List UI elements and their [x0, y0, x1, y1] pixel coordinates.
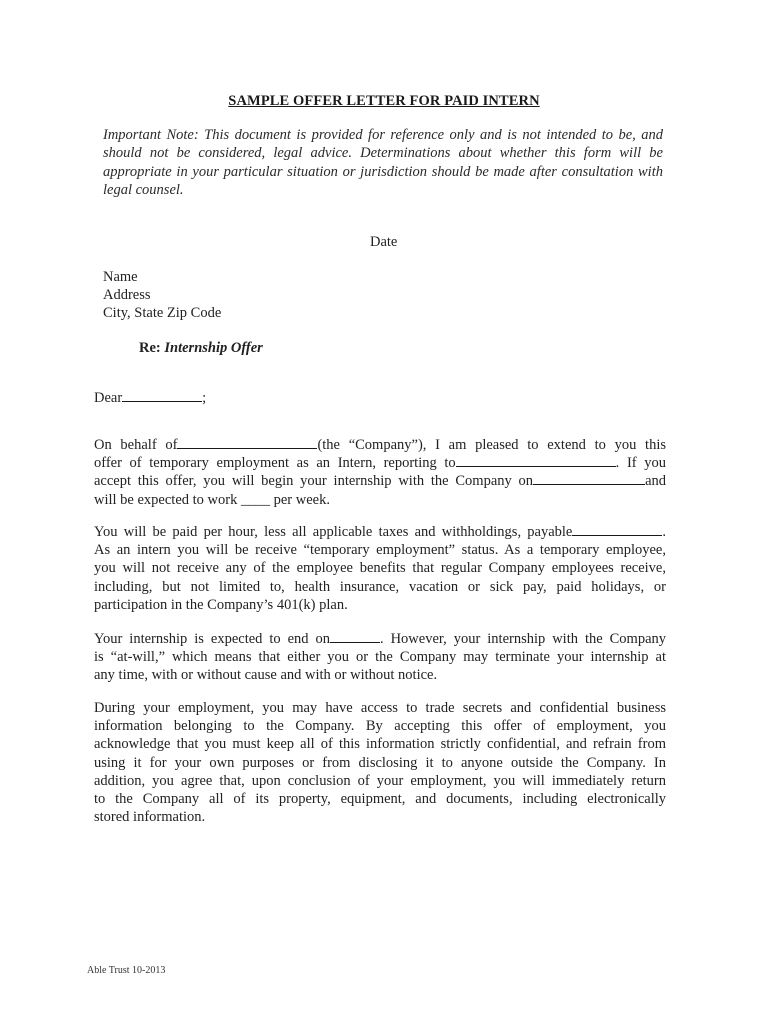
confidentiality-line-3: acknowledge that you must keep all of th… [94, 735, 666, 753]
offer-line-4: will be expected to work ____ per week. [94, 491, 666, 509]
text: . However, your internship with the Comp… [380, 631, 666, 647]
text: (the “Company”), I am pleased to extend … [317, 437, 666, 453]
confidentiality-line-2: information belonging to the Company. By… [94, 717, 666, 735]
compensation-line-5: participation in the Company’s 401(k) pl… [94, 596, 666, 614]
compensation-paragraph: You will be paid per hour, less all appl… [94, 523, 666, 614]
compensation-line-1: You will be paid per hour, less all appl… [94, 523, 666, 541]
confidentiality-paragraph: During your employment, you may have acc… [94, 699, 666, 826]
confidentiality-line-7: stored information. [94, 808, 666, 826]
salutation-suffix: ; [202, 390, 206, 406]
confidentiality-line-1: During your employment, you may have acc… [94, 699, 666, 717]
offer-line-1: On behalf of(the “Company”), I am please… [94, 436, 666, 454]
term-line-1: Your internship is expected to end on. H… [94, 630, 666, 648]
term-paragraph: Your internship is expected to end on. H… [94, 630, 666, 685]
subject-line: Re: Internship Offer [139, 340, 263, 357]
document-page: SAMPLE OFFER LETTER FOR PAID INTERN Impo… [0, 0, 768, 1024]
offer-line-3: accept this offer, you will begin your i… [94, 472, 666, 490]
compensation-line-3: you will not receive any of the employee… [94, 559, 666, 577]
offer-paragraph: On behalf of(the “Company”), I am please… [94, 436, 666, 509]
recipient-city-state-zip: City, State Zip Code [103, 304, 221, 322]
start-date-blank [533, 472, 645, 485]
date-placeholder: Date [370, 234, 397, 251]
compensation-line-4: including, but not limited to, health in… [94, 578, 666, 596]
confidentiality-line-4: using it for your own purposes or from d… [94, 754, 666, 772]
text: offer of temporary employment as an Inte… [94, 455, 456, 471]
recipient-address-block: Name Address City, State Zip Code [103, 268, 221, 323]
text: . If you [616, 455, 666, 471]
text: accept this offer, you will begin your i… [94, 473, 533, 489]
salutation-prefix: Dear [94, 390, 122, 406]
re-label: Re: [139, 340, 161, 356]
supervisor-blank [456, 454, 616, 467]
text: Your internship is expected to end on [94, 631, 330, 647]
term-line-3: any time, with or without cause and with… [94, 666, 666, 684]
pay-schedule-blank [572, 523, 662, 536]
text: and [645, 473, 666, 489]
recipient-name: Name [103, 268, 221, 286]
offer-line-2: offer of temporary employment as an Inte… [94, 454, 666, 472]
recipient-name-blank [122, 389, 202, 402]
end-date-blank [330, 630, 380, 643]
confidentiality-line-5: addition, you agree that, upon conclusio… [94, 772, 666, 790]
text: On behalf of [94, 437, 177, 453]
confidentiality-line-6: to the Company all of its property, equi… [94, 790, 666, 808]
re-subject: Internship Offer [164, 340, 262, 356]
compensation-line-2: As an intern you will be receive “tempor… [94, 541, 666, 559]
page-footer: Able Trust 10-2013 [87, 965, 165, 976]
salutation: Dear; [94, 389, 206, 407]
document-title: SAMPLE OFFER LETTER FOR PAID INTERN [0, 93, 768, 110]
recipient-address: Address [103, 286, 221, 304]
term-line-2: is “at-will,” which means that either yo… [94, 648, 666, 666]
text: You will be paid per hour, less all appl… [94, 524, 572, 540]
important-note: Important Note: This document is provide… [103, 126, 663, 199]
text: . [662, 524, 666, 540]
company-name-blank [177, 436, 317, 449]
